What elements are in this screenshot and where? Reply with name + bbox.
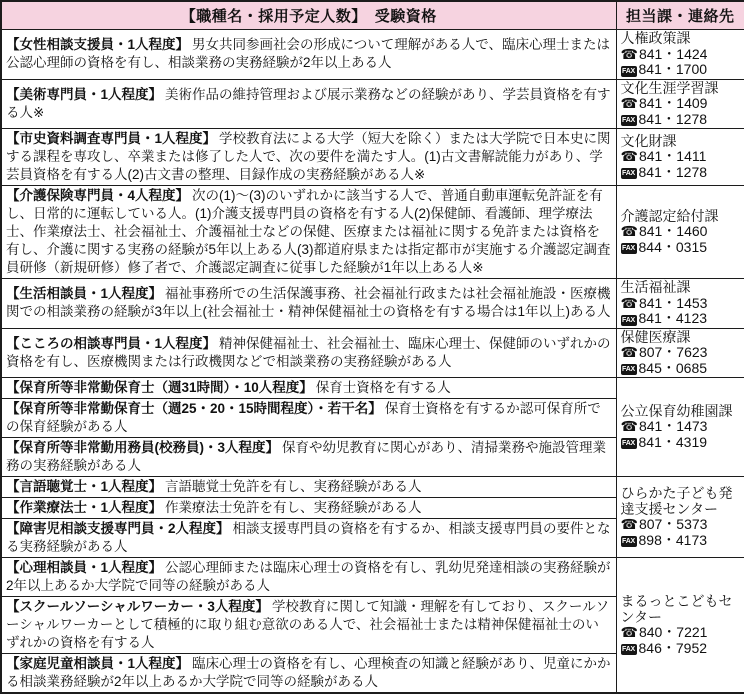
qualification-cell: 【作業療法士・1人程度】作業療法士免許を有し、実務経験がある人: [1, 498, 616, 519]
job-title: 【心理相談員・1人程度】: [6, 560, 162, 575]
fax-icon: FAX: [621, 315, 637, 326]
fax-line: FAX841・1278: [621, 112, 743, 128]
qualification-cell: 【家庭児童相談員・1人程度】臨床心理士の資格を有し、心理検査の知識と経験があり、…: [1, 654, 616, 694]
fax-icon: FAX: [621, 168, 637, 179]
fax-line: FAX845・0685: [621, 361, 743, 377]
fax-line: FAX841・1278: [621, 165, 743, 181]
phone-line: ☎807・5373: [621, 517, 743, 533]
phone-line: ☎807・7623: [621, 345, 743, 361]
fax-icon: FAX: [621, 536, 637, 547]
fax-number: 898・4173: [639, 532, 708, 548]
phone-icon: ☎: [621, 46, 638, 62]
phone-icon: ☎: [621, 624, 638, 640]
table-row: 【女性相談支援員・1人程度】男女共同参画社会の形成について理解がある人で、臨床心…: [1, 30, 744, 80]
job-title: 【スクールソーシャルワーカー・3人程度】: [6, 599, 269, 614]
phone-number: 841・1424: [639, 46, 708, 62]
department-name: ひらかた子ども発達支援センター: [621, 486, 743, 517]
job-title: 【保育所等非常勤用務員(校務員)・3人程度】: [6, 440, 279, 455]
job-title: 【こころの相談専門員・1人程度】: [6, 336, 216, 351]
qualification-cell: 【障害児相談支援専門員・2人程度】相談支援専門員の資格を有するか、相談支援専門員…: [1, 519, 616, 558]
phone-number: 807・5373: [639, 516, 708, 532]
header-qualification: 【職種名・採用予定人数】 受験資格: [1, 1, 616, 30]
qualification-cell: 【こころの相談専門員・1人程度】精神保健福祉士、社会福祉士、臨床心理士、保健師の…: [1, 328, 616, 378]
phone-number: 807・7623: [639, 344, 708, 360]
qualification-cell: 【生活相談員・1人程度】福祉事務所での生活保護事務、社会福祉行政または社会福祉施…: [1, 279, 616, 329]
table-row: 【言語聴覚士・1人程度】言語聴覚士免許を有し、実務経験がある人 ひらかた子ども発…: [1, 477, 744, 498]
recruitment-notice-page: 【職種名・採用予定人数】 受験資格 担当課・連絡先 【女性相談支援員・1人程度】…: [0, 0, 744, 675]
fax-number: 846・7952: [639, 640, 708, 656]
qualification-cell: 【言語聴覚士・1人程度】言語聴覚士免許を有し、実務経験がある人: [1, 477, 616, 498]
job-title: 【作業療法士・1人程度】: [6, 500, 162, 515]
contact-cell: 文化生涯学習課 ☎841・1409 FAX841・1278: [616, 79, 744, 129]
job-title: 【美術専門員・1人程度】: [6, 87, 162, 102]
fax-line: FAX846・7952: [621, 641, 743, 657]
phone-icon: ☎: [621, 223, 638, 239]
qualification-cell: 【市史資料調査専門員・1人程度】学校教育法による大学（短大を除く）または大学院で…: [1, 129, 616, 186]
table-row: 【保育所等非常勤保育士（週31時間）・10人程度】保育士資格を有する人 公立保育…: [1, 378, 744, 399]
phone-line: ☎841・1453: [621, 296, 743, 312]
phone-line: ☎841・1460: [621, 224, 743, 240]
phone-icon: ☎: [621, 418, 638, 434]
contact-cell: 介護認定給付課 ☎841・1460 FAX844・0315: [616, 186, 744, 279]
contact-cell: まるっとこどもセンター ☎840・7221 FAX846・7952: [616, 558, 744, 694]
phone-icon: ☎: [621, 95, 638, 111]
department-name: 文化財課: [621, 134, 743, 150]
header-row: 【職種名・採用予定人数】 受験資格 担当課・連絡先: [1, 1, 744, 30]
fax-number: 844・0315: [639, 239, 708, 255]
table-row: 【こころの相談専門員・1人程度】精神保健福祉士、社会福祉士、臨床心理士、保健師の…: [1, 328, 744, 378]
fax-line: FAX841・1700: [621, 62, 743, 78]
job-title: 【障害児相談支援専門員・2人程度】: [6, 521, 230, 536]
qualification-cell: 【保育所等非常勤保育士（週25・20・15時間程度）・若干名】保育士資格を有する…: [1, 399, 616, 438]
phone-number: 841・1409: [639, 95, 708, 111]
table-row: 【介護保険専門員・4人程度】次の(1)～(3)のいずれかに該当する人で、普通自動…: [1, 186, 744, 279]
phone-line: ☎841・1411: [621, 149, 743, 165]
phone-icon: ☎: [621, 344, 638, 360]
job-title: 【家庭児童相談員・1人程度】: [6, 656, 189, 671]
phone-number: 841・1473: [639, 418, 708, 434]
phone-number: 841・1460: [639, 223, 708, 239]
job-title: 【言語聴覚士・1人程度】: [6, 479, 162, 494]
qualification-cell: 【介護保険専門員・4人程度】次の(1)～(3)のいずれかに該当する人で、普通自動…: [1, 186, 616, 279]
phone-icon: ☎: [621, 148, 638, 164]
header-contact: 担当課・連絡先: [616, 1, 744, 30]
fax-number: 841・1700: [639, 61, 708, 77]
phone-icon: ☎: [621, 516, 638, 532]
fax-icon: FAX: [621, 115, 637, 126]
table-row: 【生活相談員・1人程度】福祉事務所での生活保護事務、社会福祉行政または社会福祉施…: [1, 279, 744, 329]
job-title: 【市史資料調査専門員・1人程度】: [6, 131, 216, 146]
fax-icon: FAX: [621, 243, 637, 254]
fax-line: FAX898・4173: [621, 533, 743, 549]
table-row: 【美術専門員・1人程度】美術作品の維持管理および展示業務などの経験があり、学芸員…: [1, 79, 744, 129]
fax-line: FAX841・4319: [621, 435, 743, 451]
job-description: 保育士資格を有する人: [316, 380, 451, 395]
qualification-cell: 【スクールソーシャルワーカー・3人程度】学校教育に関して知識・理解を有しており、…: [1, 597, 616, 654]
fax-number: 841・4123: [639, 310, 708, 326]
contact-cell: ひらかた子ども発達支援センター ☎807・5373 FAX898・4173: [616, 477, 744, 558]
recruitment-table: 【職種名・採用予定人数】 受験資格 担当課・連絡先 【女性相談支援員・1人程度】…: [0, 0, 744, 694]
fax-number: 841・4319: [639, 434, 708, 450]
fax-icon: FAX: [621, 66, 637, 77]
job-title: 【保育所等非常勤保育士（週25・20・15時間程度）・若干名】: [6, 401, 382, 416]
job-title: 【保育所等非常勤保育士（週31時間）・10人程度】: [6, 380, 313, 395]
phone-line: ☎841・1473: [621, 419, 743, 435]
qualification-cell: 【女性相談支援員・1人程度】男女共同参画社会の形成について理解がある人で、臨床心…: [1, 30, 616, 80]
fax-icon: FAX: [621, 644, 637, 655]
contact-cell: 人権政策課 ☎841・1424 FAX841・1700: [616, 30, 744, 80]
department-name: まるっとこどもセンター: [621, 594, 743, 625]
department-name: 公立保育幼稚園課: [621, 404, 743, 420]
qualification-cell: 【保育所等非常勤保育士（週31時間）・10人程度】保育士資格を有する人: [1, 378, 616, 399]
qualification-cell: 【心理相談員・1人程度】公認心理師または臨床心理士の資格を有し、乳幼児発達相談の…: [1, 558, 616, 597]
fax-icon: FAX: [621, 364, 637, 375]
job-description: 作業療法士免許を有し、実務経験がある人: [165, 500, 422, 515]
phone-line: ☎841・1409: [621, 96, 743, 112]
job-description: 言語聴覚士免許を有し、実務経験がある人: [165, 479, 422, 494]
qualification-cell: 【保育所等非常勤用務員(校務員)・3人程度】保育や幼児教育に関心があり、清掃業務…: [1, 438, 616, 477]
contact-cell: 保健医療課 ☎807・7623 FAX845・0685: [616, 328, 744, 378]
phone-number: 841・1453: [639, 295, 708, 311]
contact-cell: 文化財課 ☎841・1411 FAX841・1278: [616, 129, 744, 186]
department-name: 保健医療課: [621, 330, 743, 346]
fax-number: 845・0685: [639, 360, 708, 376]
job-title: 【生活相談員・1人程度】: [6, 286, 162, 301]
department-name: 人権政策課: [621, 31, 743, 47]
phone-icon: ☎: [621, 295, 638, 311]
fax-icon: FAX: [621, 438, 637, 449]
qualification-cell: 【美術専門員・1人程度】美術作品の維持管理および展示業務などの経験があり、学芸員…: [1, 79, 616, 129]
contact-cell: 公立保育幼稚園課 ☎841・1473 FAX841・4319: [616, 378, 744, 477]
job-title: 【介護保険専門員・4人程度】: [6, 188, 189, 203]
phone-line: ☎840・7221: [621, 625, 743, 641]
table-row: 【心理相談員・1人程度】公認心理師または臨床心理士の資格を有し、乳幼児発達相談の…: [1, 558, 744, 597]
table-row: 【市史資料調査専門員・1人程度】学校教育法による大学（短大を除く）または大学院で…: [1, 129, 744, 186]
phone-number: 840・7221: [639, 624, 708, 640]
fax-line: FAX841・4123: [621, 311, 743, 327]
department-name: 文化生涯学習課: [621, 81, 743, 97]
department-name: 生活福祉課: [621, 280, 743, 296]
job-title: 【女性相談支援員・1人程度】: [6, 37, 189, 52]
contact-cell: 生活福祉課 ☎841・1453 FAX841・4123: [616, 279, 744, 329]
fax-line: FAX844・0315: [621, 240, 743, 256]
phone-line: ☎841・1424: [621, 47, 743, 63]
fax-number: 841・1278: [639, 111, 708, 127]
fax-number: 841・1278: [639, 164, 708, 180]
department-name: 介護認定給付課: [621, 209, 743, 225]
phone-number: 841・1411: [639, 148, 706, 164]
